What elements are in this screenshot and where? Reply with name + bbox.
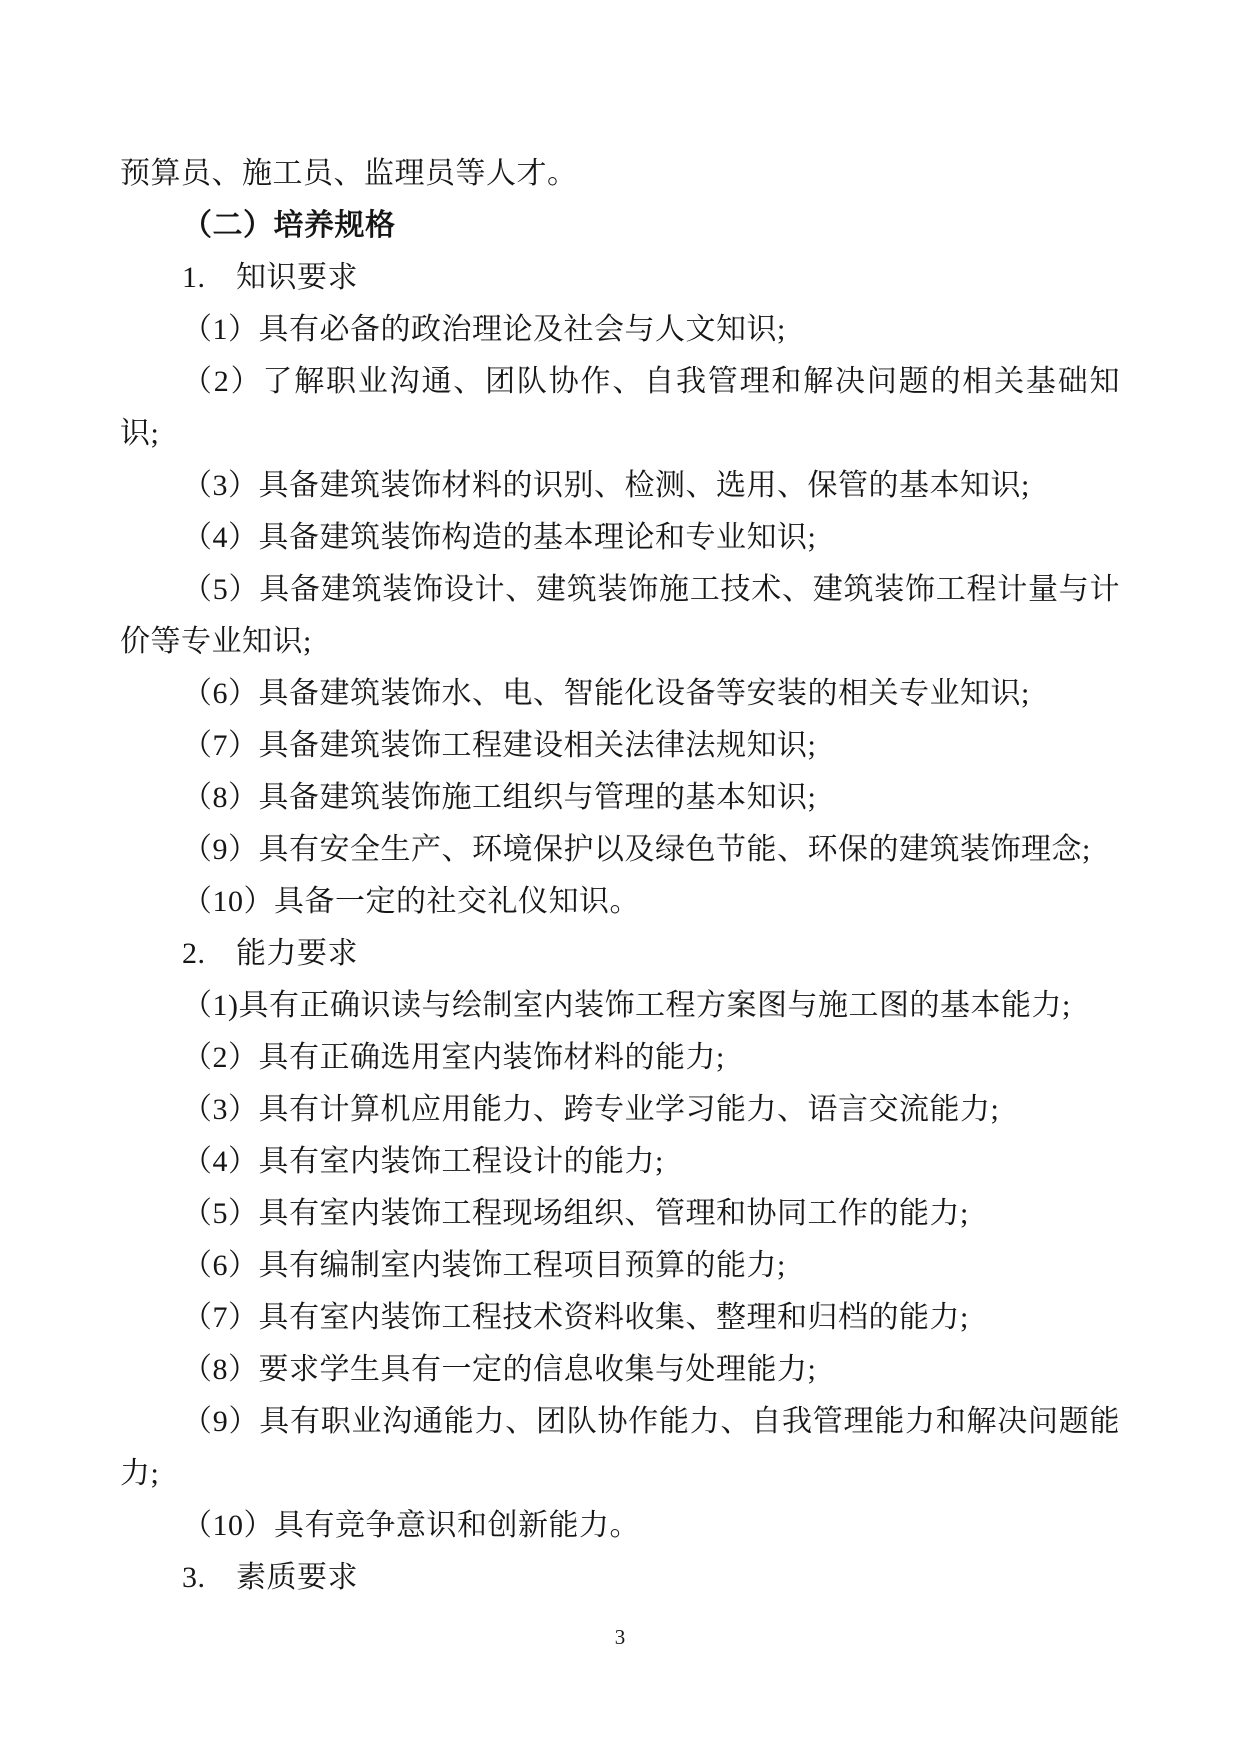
list-item-ability-2: （2）具有正确选用室内装饰材料的能力;: [120, 1032, 1120, 1084]
document-body: 预算员、施工员、监理员等人才。 （二）培养规格 1. 知识要求 （1）具有必备的…: [120, 148, 1120, 1604]
list-item-knowledge-3: （3）具备建筑装饰材料的识别、检测、选用、保管的基本知识;: [120, 460, 1120, 512]
list-item-knowledge-4: （4）具备建筑装饰构造的基本理论和专业知识;: [120, 512, 1120, 564]
list-item-ability-9: （9）具有职业沟通能力、团队协作能力、自我管理能力和解决问题能力;: [120, 1396, 1120, 1500]
list-item-ability-10: （10）具有竞争意识和创新能力。: [120, 1500, 1120, 1552]
list-item-ability-7: （7）具有室内装饰工程技术资料收集、整理和归档的能力;: [120, 1292, 1120, 1344]
page-number: 3: [0, 1624, 1240, 1650]
section-heading-peiyang-guige: （二）培养规格: [120, 200, 1120, 252]
list-item-ability-8: （8）要求学生具有一定的信息收集与处理能力;: [120, 1344, 1120, 1396]
paragraph-continuation: 预算员、施工员、监理员等人才。: [120, 148, 1120, 200]
list-item-ability-5: （5）具有室内装饰工程现场组织、管理和协同工作的能力;: [120, 1188, 1120, 1240]
list-item-ability-4: （4）具有室内装饰工程设计的能力;: [120, 1136, 1120, 1188]
list-item-ability-3: （3）具有计算机应用能力、跨专业学习能力、语言交流能力;: [120, 1084, 1120, 1136]
document-page: 预算员、施工员、监理员等人才。 （二）培养规格 1. 知识要求 （1）具有必备的…: [0, 0, 1240, 1754]
list-item-ability-1: （1)具有正确识读与绘制室内装饰工程方案图与施工图的基本能力;: [120, 980, 1120, 1032]
list-item-knowledge-6: （6）具备建筑装饰水、电、智能化设备等安装的相关专业知识;: [120, 668, 1120, 720]
list-item-knowledge-7: （7）具备建筑装饰工程建设相关法律法规知识;: [120, 720, 1120, 772]
list-item-knowledge-10: （10）具备一定的社交礼仪知识。: [120, 876, 1120, 928]
list-item-ability-6: （6）具有编制室内装饰工程项目预算的能力;: [120, 1240, 1120, 1292]
subheading-quality-requirements: 3. 素质要求: [120, 1552, 1120, 1604]
list-item-knowledge-2: （2）了解职业沟通、团队协作、自我管理和解决问题的相关基础知识;: [120, 356, 1120, 460]
subheading-knowledge-requirements: 1. 知识要求: [120, 252, 1120, 304]
list-item-knowledge-8: （8）具备建筑装饰施工组织与管理的基本知识;: [120, 772, 1120, 824]
list-item-knowledge-1: （1）具有必备的政治理论及社会与人文知识;: [120, 304, 1120, 356]
subheading-ability-requirements: 2. 能力要求: [120, 928, 1120, 980]
list-item-knowledge-5: （5）具备建筑装饰设计、建筑装饰施工技术、建筑装饰工程计量与计价等专业知识;: [120, 564, 1120, 668]
list-item-knowledge-9: （9）具有安全生产、环境保护以及绿色节能、环保的建筑装饰理念;: [120, 824, 1120, 876]
